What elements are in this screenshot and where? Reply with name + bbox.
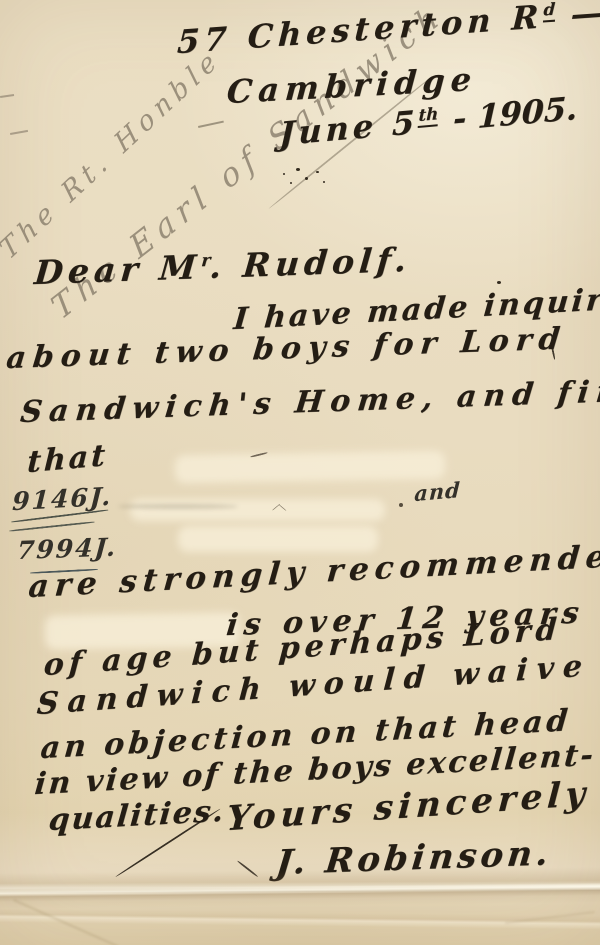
ink-speck bbox=[323, 181, 325, 183]
ink-dot bbox=[497, 281, 501, 284]
pencil-dash-mark bbox=[0, 94, 14, 98]
erased-name-patch-2 bbox=[130, 499, 385, 521]
pencil-dash-mark bbox=[10, 130, 28, 135]
salutation-line: Dear Mr. Rudolf. bbox=[33, 243, 413, 289]
ink-speck bbox=[283, 173, 285, 175]
date-superscript: th bbox=[418, 103, 439, 128]
salutation-suffix: . Rudolf. bbox=[208, 240, 413, 286]
pencil-recipient-line-1: The Rt. Honble bbox=[0, 44, 225, 264]
body-line-2: about two boys for Lord bbox=[5, 324, 568, 374]
letter-page: The Rt. Honble The Earl of Sandwich 57 C… bbox=[0, 0, 600, 945]
corner-crease-left bbox=[13, 899, 119, 945]
signature-flourish-stroke bbox=[237, 860, 259, 878]
case-number-2: 7994J. bbox=[16, 535, 118, 564]
ink-speck bbox=[290, 182, 292, 184]
body-line-11: qualities. bbox=[47, 797, 226, 836]
address-dash: — bbox=[570, 0, 600, 34]
erasure-smudge bbox=[118, 504, 238, 509]
pencil-dash-mark bbox=[198, 121, 224, 128]
erased-name-patch-3 bbox=[178, 526, 378, 552]
salutation-text: Dear M bbox=[33, 247, 203, 292]
signature-line: J. Robinson. bbox=[274, 836, 553, 880]
ink-comma-mark bbox=[399, 503, 403, 507]
ink-speck bbox=[296, 168, 300, 171]
address-superscript: d bbox=[543, 0, 556, 23]
body-line-3: Sandwich's Home, and find bbox=[19, 376, 600, 428]
corner-crease-right bbox=[505, 911, 595, 924]
fold-crease-secondary bbox=[0, 908, 600, 929]
conjunction-and: and bbox=[414, 479, 461, 504]
body-line-4: that bbox=[26, 441, 108, 478]
ink-speck bbox=[305, 177, 308, 180]
case-number-1-underline bbox=[9, 521, 95, 532]
ink-speck bbox=[316, 171, 319, 173]
erased-name-patch-1 bbox=[175, 451, 445, 484]
